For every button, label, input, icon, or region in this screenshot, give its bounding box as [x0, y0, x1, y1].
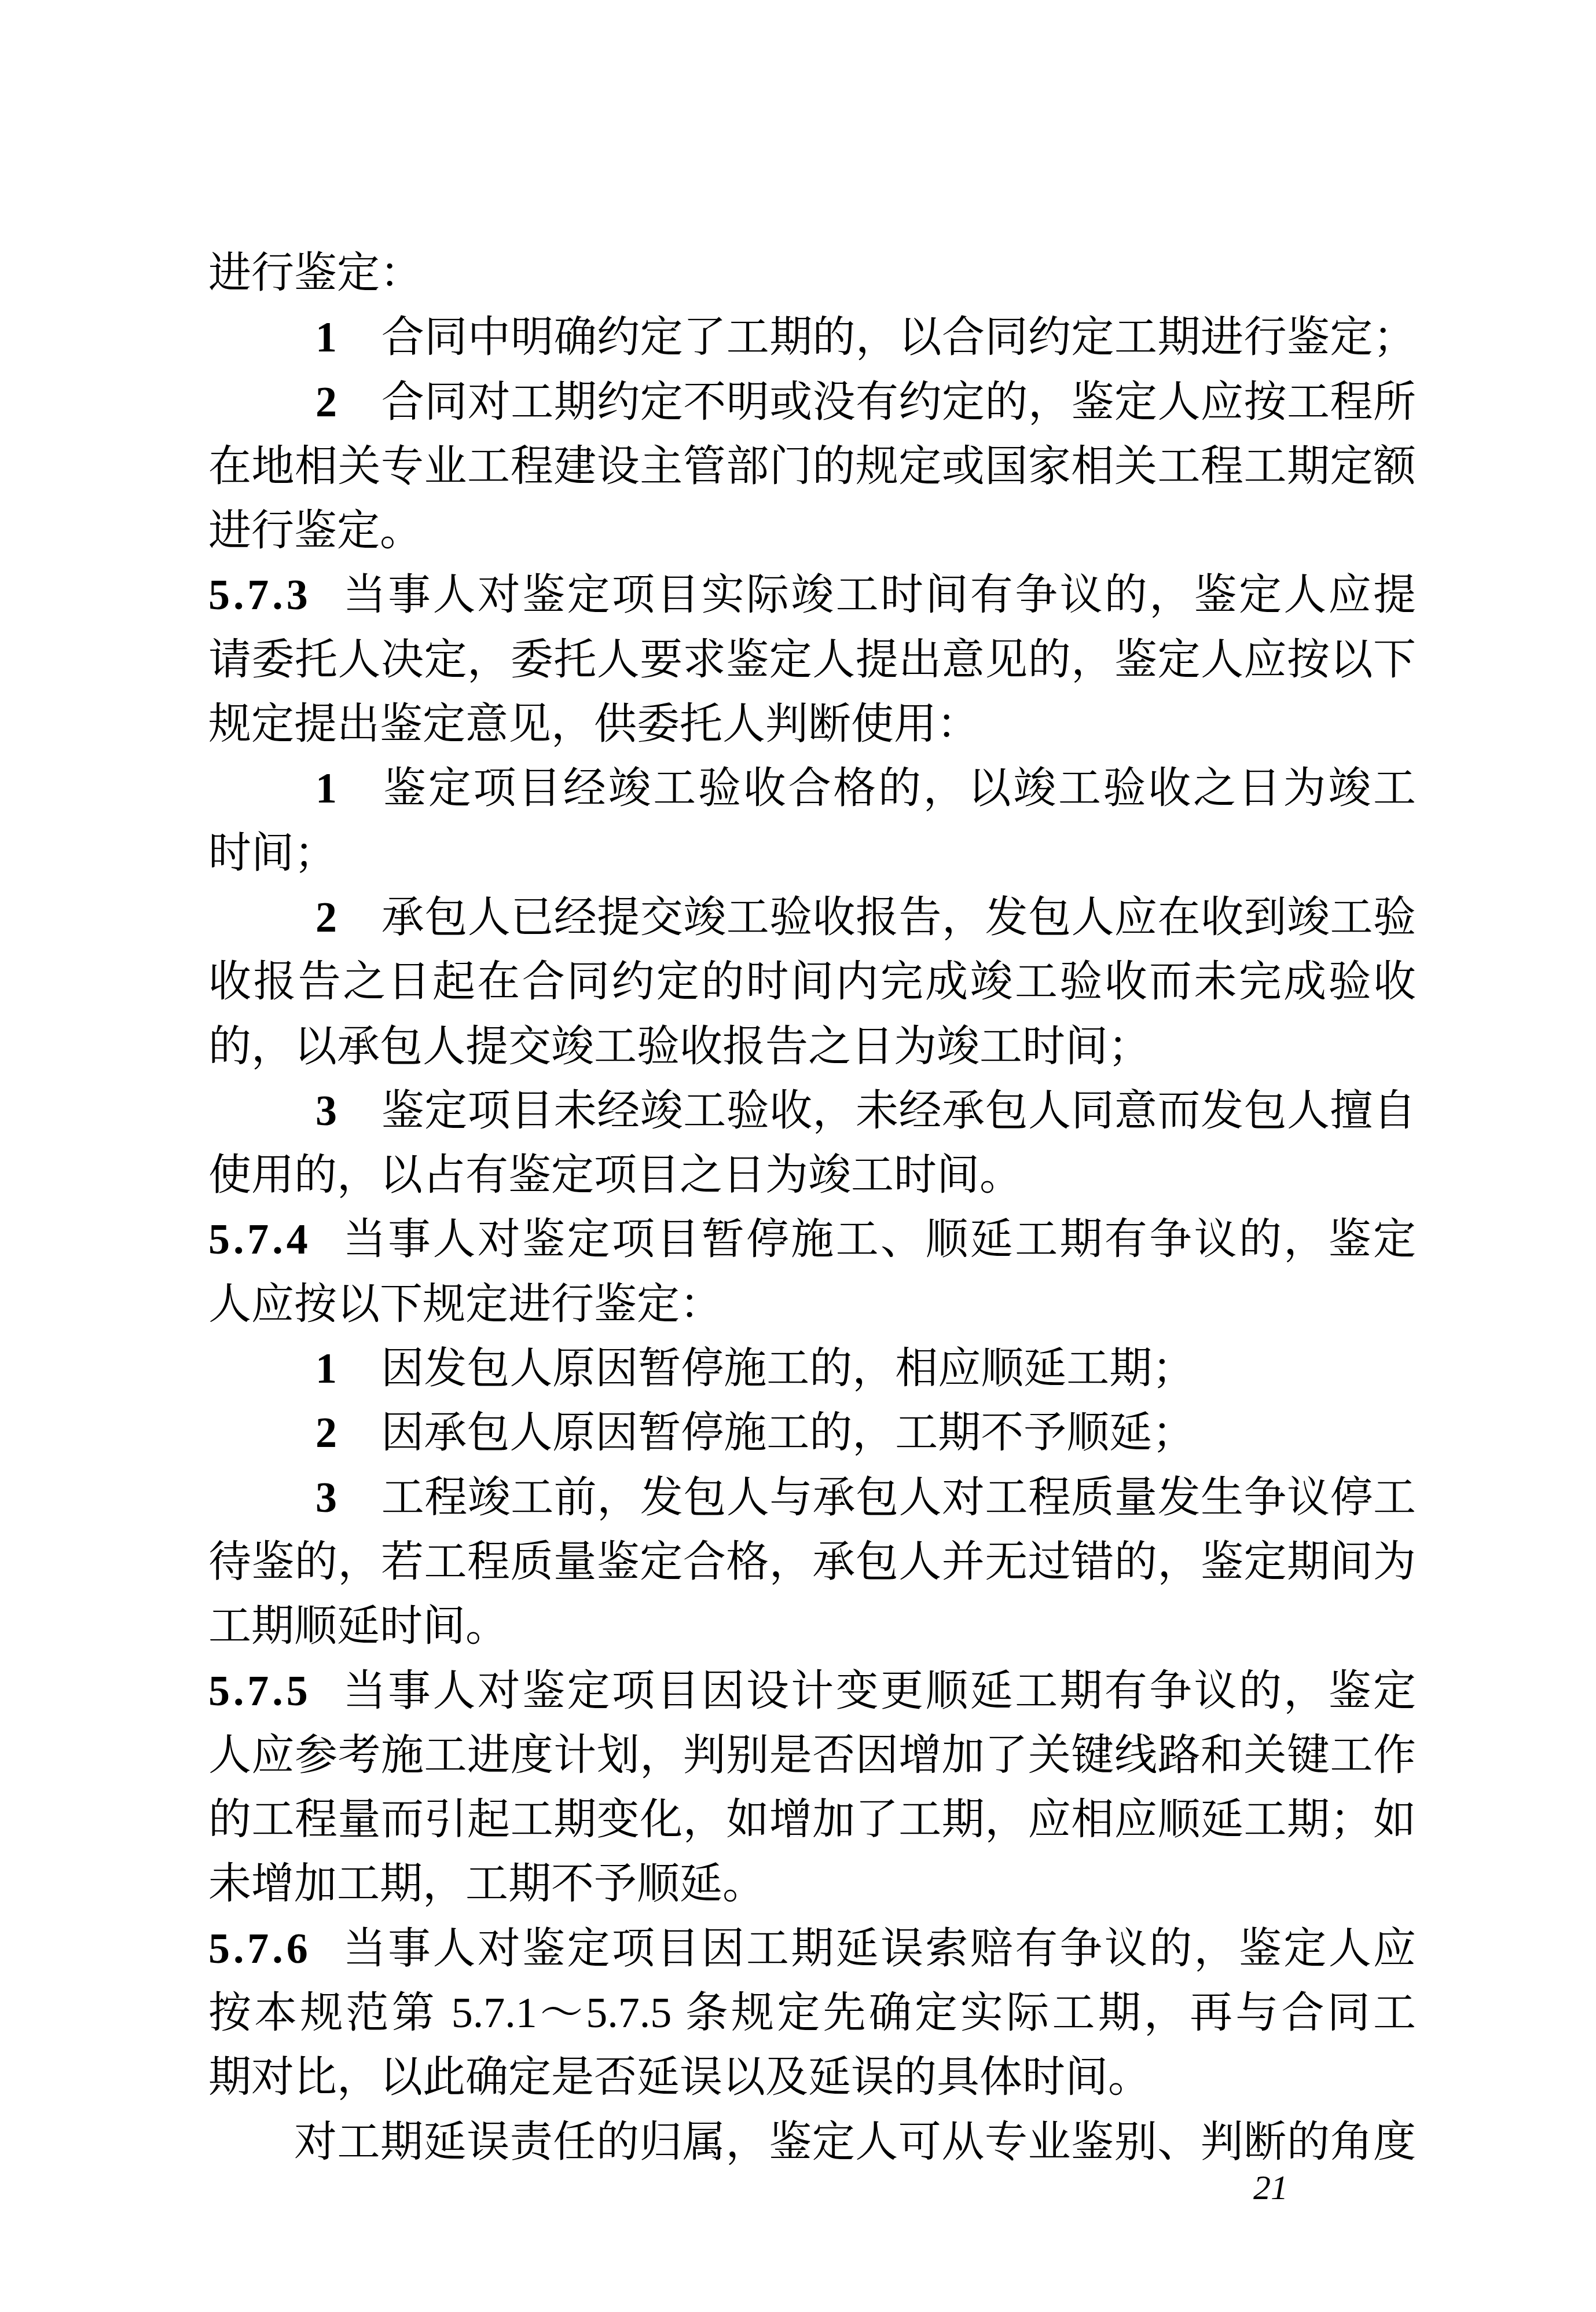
clause-line: 5.7.4当事人对鉴定项目暂停施工、顺延工期有争议的，鉴定	[208, 1208, 1416, 1272]
text-line: 收报告之日起在合同约定的时间内完成竣工验收而未完成验收	[208, 950, 1416, 1014]
line-text: 人应参考施工进度计划，判别是否因增加了关键线路和关键工作	[208, 1732, 1416, 1779]
document-page: 进行鉴定：1合同中明确约定了工期的，以合同约定工期进行鉴定；2合同对工期约定不明…	[0, 0, 1596, 2312]
clause-number: 5.7.5	[208, 1668, 311, 1715]
clause-line: 5.7.3当事人对鉴定项目实际竣工时间有争议的，鉴定人应提	[208, 563, 1416, 628]
text-line: 人应按以下规定进行鉴定：	[208, 1273, 1416, 1337]
text-line: 按本规范第 5.7.1～5.7.5 条规定先确定实际工期，再与合同工	[208, 1981, 1416, 2046]
line-text: 鉴定项目经竣工验收合格的，以竣工验收之日为竣工	[381, 765, 1416, 812]
text-line: 在地相关专业工程建设主管部门的规定或国家相关工程工期定额	[208, 435, 1416, 499]
line-text: 的，以承包人提交竣工验收报告之日为竣工时间；	[208, 1023, 1151, 1071]
line-text: 时间；	[208, 830, 337, 877]
text-line: 工期顺延时间。	[208, 1595, 1416, 1659]
line-text: 收报告之日起在合同约定的时间内完成竣工验收而未完成验收	[208, 958, 1416, 1006]
text-line: 2因承包人原因暂停施工的，工期不予顺延；	[208, 1401, 1416, 1465]
text-line: 进行鉴定。	[208, 499, 1416, 563]
item-number: 1	[315, 314, 340, 361]
text-column: 进行鉴定：1合同中明确约定了工期的，以合同约定工期进行鉴定；2合同对工期约定不明…	[208, 241, 1416, 2175]
text-line: 1鉴定项目经竣工验收合格的，以竣工验收之日为竣工	[208, 757, 1416, 821]
line-text: 规定提出鉴定意见，供委托人判断使用：	[208, 701, 979, 748]
line-text: 人应按以下规定进行鉴定：	[208, 1281, 722, 1328]
text-line: 1合同中明确约定了工期的，以合同约定工期进行鉴定；	[208, 306, 1416, 370]
line-text: 在地相关专业工程建设主管部门的规定或国家相关工程工期定额	[208, 443, 1416, 490]
line-text: 因承包人原因暂停施工的，工期不予顺延；	[381, 1409, 1195, 1457]
line-text: 进行鉴定：	[208, 250, 423, 297]
text-line: 进行鉴定：	[208, 241, 1416, 306]
line-text: 进行鉴定。	[208, 507, 423, 555]
line-text: 当事人对鉴定项目因工期延误索赔有争议的，鉴定人应	[341, 1925, 1416, 1973]
text-line: 3工程竣工前，发包人与承包人对工程质量发生争议停工	[208, 1466, 1416, 1530]
clause-number: 5.7.4	[208, 1216, 311, 1263]
item-number: 1	[315, 765, 340, 812]
line-text: 工程竣工前，发包人与承包人对工程质量发生争议停工	[381, 1474, 1416, 1522]
page-number: 21	[1253, 2168, 1288, 2207]
text-line: 待鉴的，若工程质量鉴定合格，承包人并无过错的，鉴定期间为	[208, 1530, 1416, 1595]
item-number: 2	[315, 379, 340, 426]
text-line: 2合同对工期约定不明或没有约定的，鉴定人应按工程所	[208, 371, 1416, 435]
line-text: 当事人对鉴定项目暂停施工、顺延工期有争议的，鉴定	[341, 1216, 1416, 1263]
text-line: 未增加工期，工期不予顺延。	[208, 1852, 1416, 1917]
text-line: 时间；	[208, 822, 1416, 886]
text-line: 2承包人已经提交竣工验收报告，发包人应在收到竣工验	[208, 886, 1416, 950]
item-number: 3	[315, 1474, 340, 1522]
item-number: 3	[315, 1087, 340, 1135]
text-line: 3鉴定项目未经竣工验收，未经承包人同意而发包人擅自	[208, 1079, 1416, 1144]
line-text: 请委托人决定，委托人要求鉴定人提出意见的，鉴定人应按以下	[208, 636, 1416, 684]
item-number: 2	[315, 1409, 340, 1457]
text-line: 期对比，以此确定是否延误以及延误的具体时间。	[208, 2046, 1416, 2110]
text-line: 1因发包人原因暂停施工的，相应顺延工期；	[208, 1337, 1416, 1401]
clause-line: 5.7.6当事人对鉴定项目因工期延误索赔有争议的，鉴定人应	[208, 1917, 1416, 1981]
line-text: 鉴定项目未经竣工验收，未经承包人同意而发包人擅自	[381, 1087, 1416, 1135]
text-line: 人应参考施工进度计划，判别是否因增加了关键线路和关键工作	[208, 1724, 1416, 1788]
text-line: 对工期延误责任的归属，鉴定人可从专业鉴别、判断的角度	[208, 2111, 1416, 2175]
line-text: 工期顺延时间。	[208, 1603, 508, 1650]
line-text: 待鉴的，若工程质量鉴定合格，承包人并无过错的，鉴定期间为	[208, 1538, 1416, 1586]
clause-number: 5.7.3	[208, 571, 311, 619]
text-line: 规定提出鉴定意见，供委托人判断使用：	[208, 692, 1416, 757]
item-number: 1	[315, 1345, 340, 1393]
clause-number: 5.7.6	[208, 1925, 311, 1973]
line-text: 按本规范第 5.7.1～5.7.5 条规定先确定实际工期，再与合同工	[208, 1989, 1416, 2037]
line-text: 合同中明确约定了工期的，以合同约定工期进行鉴定；	[381, 314, 1416, 361]
line-text: 对工期延误责任的归属，鉴定人可从专业鉴别、判断的角度	[294, 2119, 1416, 2166]
line-text: 当事人对鉴定项目因设计变更顺延工期有争议的，鉴定	[341, 1668, 1416, 1715]
line-text: 承包人已经提交竣工验收报告，发包人应在收到竣工验	[381, 894, 1416, 941]
clause-line: 5.7.5当事人对鉴定项目因设计变更顺延工期有争议的，鉴定	[208, 1659, 1416, 1724]
text-line: 的工程量而引起工期变化，如增加了工期，应相应顺延工期；如	[208, 1788, 1416, 1852]
line-text: 期对比，以此确定是否延误以及延误的具体时间。	[208, 2054, 1151, 2101]
item-number: 2	[315, 894, 340, 941]
line-text: 合同对工期约定不明或没有约定的，鉴定人应按工程所	[381, 379, 1416, 426]
text-line: 使用的，以占有鉴定项目之日为竣工时间。	[208, 1144, 1416, 1208]
line-text: 的工程量而引起工期变化，如增加了工期，应相应顺延工期；如	[208, 1796, 1416, 1844]
text-line: 请委托人决定，委托人要求鉴定人提出意见的，鉴定人应按以下	[208, 628, 1416, 692]
text-line: 的，以承包人提交竣工验收报告之日为竣工时间；	[208, 1015, 1416, 1079]
line-text: 因发包人原因暂停施工的，相应顺延工期；	[381, 1345, 1195, 1393]
line-text: 使用的，以占有鉴定项目之日为竣工时间。	[208, 1152, 1022, 1199]
line-text: 未增加工期，工期不予顺延。	[208, 1860, 765, 1908]
line-text: 当事人对鉴定项目实际竣工时间有争议的，鉴定人应提	[341, 571, 1416, 619]
